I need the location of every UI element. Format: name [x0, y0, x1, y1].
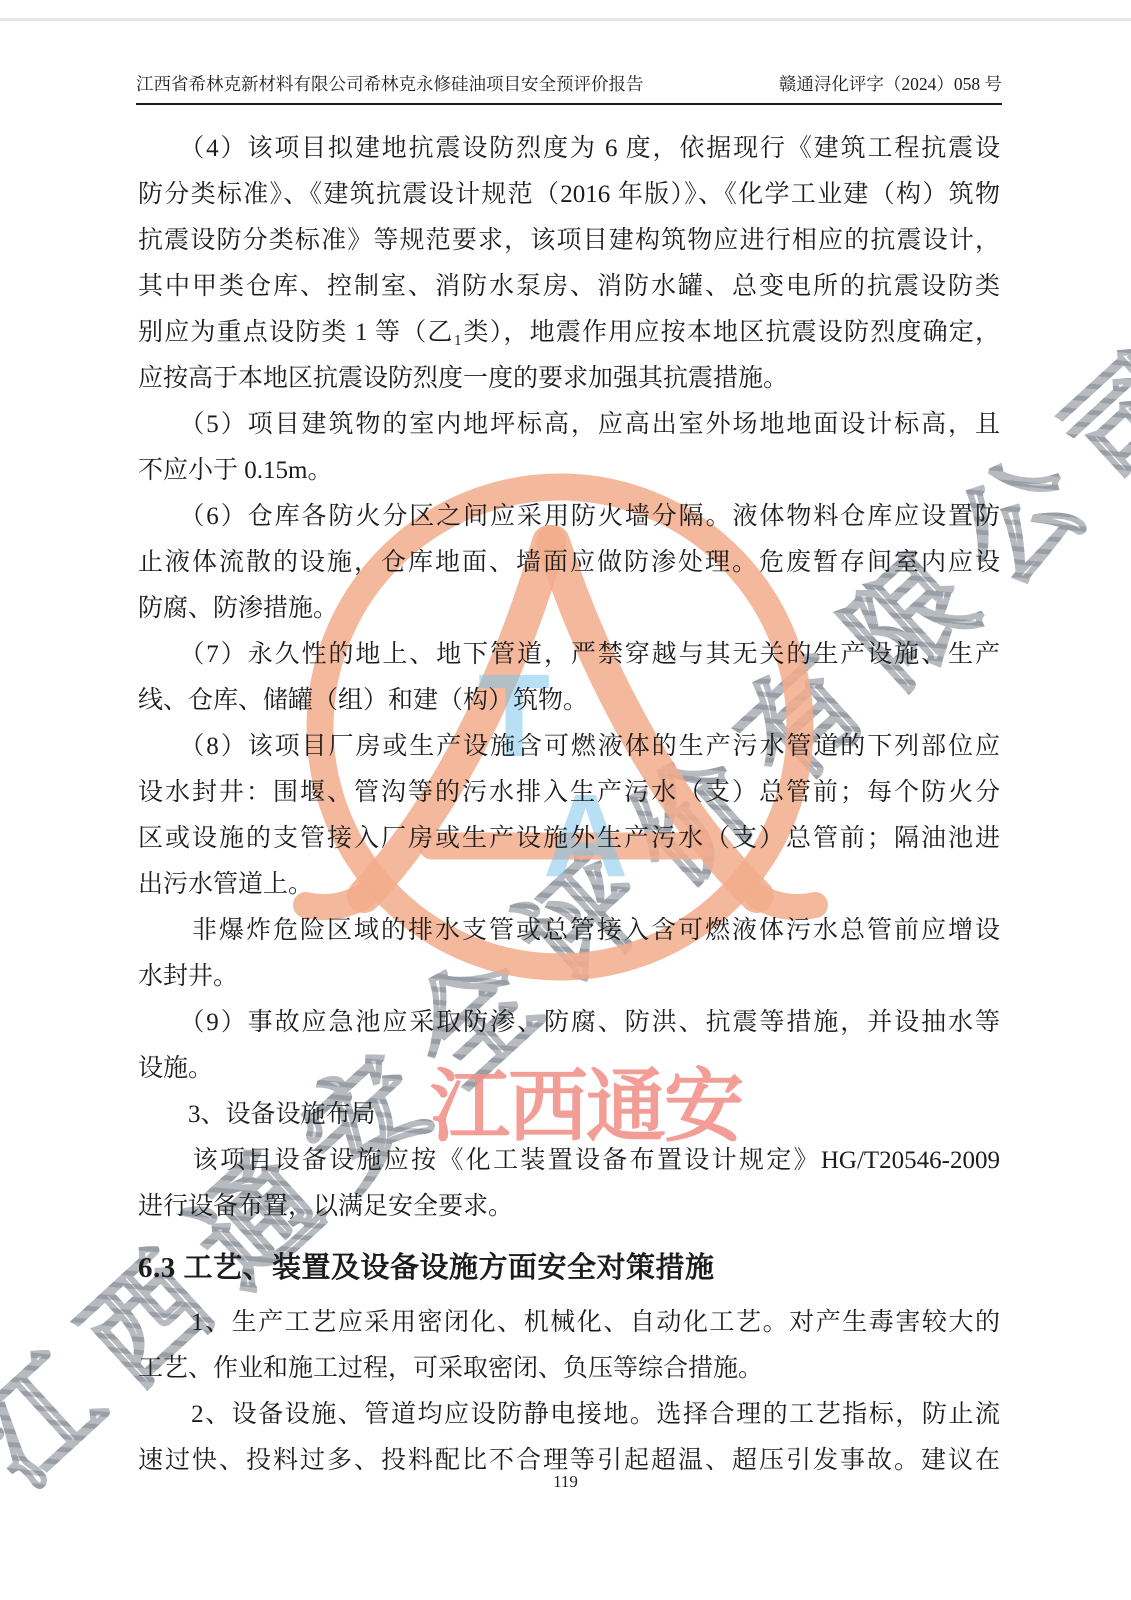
- body-line: 出污水管道上。: [138, 862, 1000, 908]
- body-line: 区或设施的支管接入厂房或生产设施外生产污水（支）总管前；隔油池进: [138, 816, 1000, 862]
- body-line: （9）事故应急池应采取防渗、防腐、防洪、抗震等措施，并设抽水等: [138, 1000, 1000, 1046]
- header-report-title: 江西省希林克新材料有限公司希林克永修硅油项目安全预评价报告: [136, 72, 644, 96]
- body-line: 线、仓库、储罐（组）和建（构）筑物。: [138, 678, 1000, 724]
- body-line: 应按高于本地区抗震设防烈度一度的要求加强其抗震措施。: [138, 356, 1000, 402]
- body-line: 防腐、防渗措施。: [138, 586, 1000, 632]
- body-line: （4）该项目拟建地抗震设防烈度为 6 度，依据现行《建筑工程抗震设: [138, 126, 1000, 172]
- body-line: 止液体流散的设施，仓库地面、墙面应做防渗处理。危废暂存间室内应设: [138, 540, 1000, 586]
- document-page: 江西通安全评价有限公司 T A 江西通安 江西省希林克新材料有限公司希林克永修硅…: [0, 0, 1131, 1600]
- body-line: 该项目设备设施应按《化工装置设备布置设计规定》HG/T20546-2009: [138, 1138, 1000, 1184]
- body-line: 3、设备设施布局: [138, 1092, 1000, 1138]
- body-line: 其中甲类仓库、控制室、消防水泵房、消防水罐、总变电所的抗震设防类: [138, 264, 1000, 310]
- body-line: （6）仓库各防火分区之间应采用防火墙分隔。液体物料仓库应设置防: [138, 494, 1000, 540]
- body-line: 1、生产工艺应采用密闭化、机械化、自动化工艺。对产生毒害较大的: [138, 1300, 1000, 1346]
- header-document-number: 赣通浔化评字（2024）058 号: [779, 72, 1002, 96]
- body-line: 抗震设防分类标准》等规范要求，该项目建构筑物应进行相应的抗震设计，: [138, 218, 1000, 264]
- body-line: 防分类标准》、《建筑抗震设计规范（2016 年版）》、《化学工业建（构）筑物: [138, 172, 1000, 218]
- body-line: 水封井。: [138, 954, 1000, 1000]
- body-line: 非爆炸危险区域的排水支管或总管接入含可燃液体污水总管前应增设: [138, 908, 1000, 954]
- body-text: （4）该项目拟建地抗震设防烈度为 6 度，依据现行《建筑工程抗震设防分类标准》、…: [138, 126, 1000, 1484]
- body-line: 进行设备布置，以满足安全要求。: [138, 1184, 1000, 1230]
- body-line: 不应小于 0.15m。: [138, 448, 1000, 494]
- body-line: 设施。: [138, 1046, 1000, 1092]
- body-line: （5）项目建筑物的室内地坪标高，应高出室外场地地面设计标高，且: [138, 402, 1000, 448]
- body-line: 别应为重点设防类 1 等（乙₁类），地震作用应按本地区抗震设防烈度确定，: [138, 310, 1000, 356]
- content-layer: 江西省希林克新材料有限公司希林克永修硅油项目安全预评价报告 赣通浔化评字（202…: [0, 0, 1131, 1600]
- body-line: 设水封井：围堰、管沟等的污水排入生产污水（支）总管前；每个防火分: [138, 770, 1000, 816]
- page-number: 119: [0, 1472, 1131, 1492]
- body-line: 2、设备设施、管道均应设防静电接地。选择合理的工艺指标，防止流: [138, 1392, 1000, 1438]
- body-line: （7）永久性的地上、地下管道，严禁穿越与其无关的生产设施、生产: [138, 632, 1000, 678]
- body-line: 工艺、作业和施工过程，可采取密闭、负压等综合措施。: [138, 1346, 1000, 1392]
- body-line: （8）该项目厂房或生产设施含可燃液体的生产污水管道的下列部位应: [138, 724, 1000, 770]
- page-header: 江西省希林克新材料有限公司希林克永修硅油项目安全预评价报告 赣通浔化评字（202…: [136, 72, 1002, 105]
- section-heading: 6.3 工艺、装置及设备设施方面安全对策措施: [138, 1242, 1000, 1294]
